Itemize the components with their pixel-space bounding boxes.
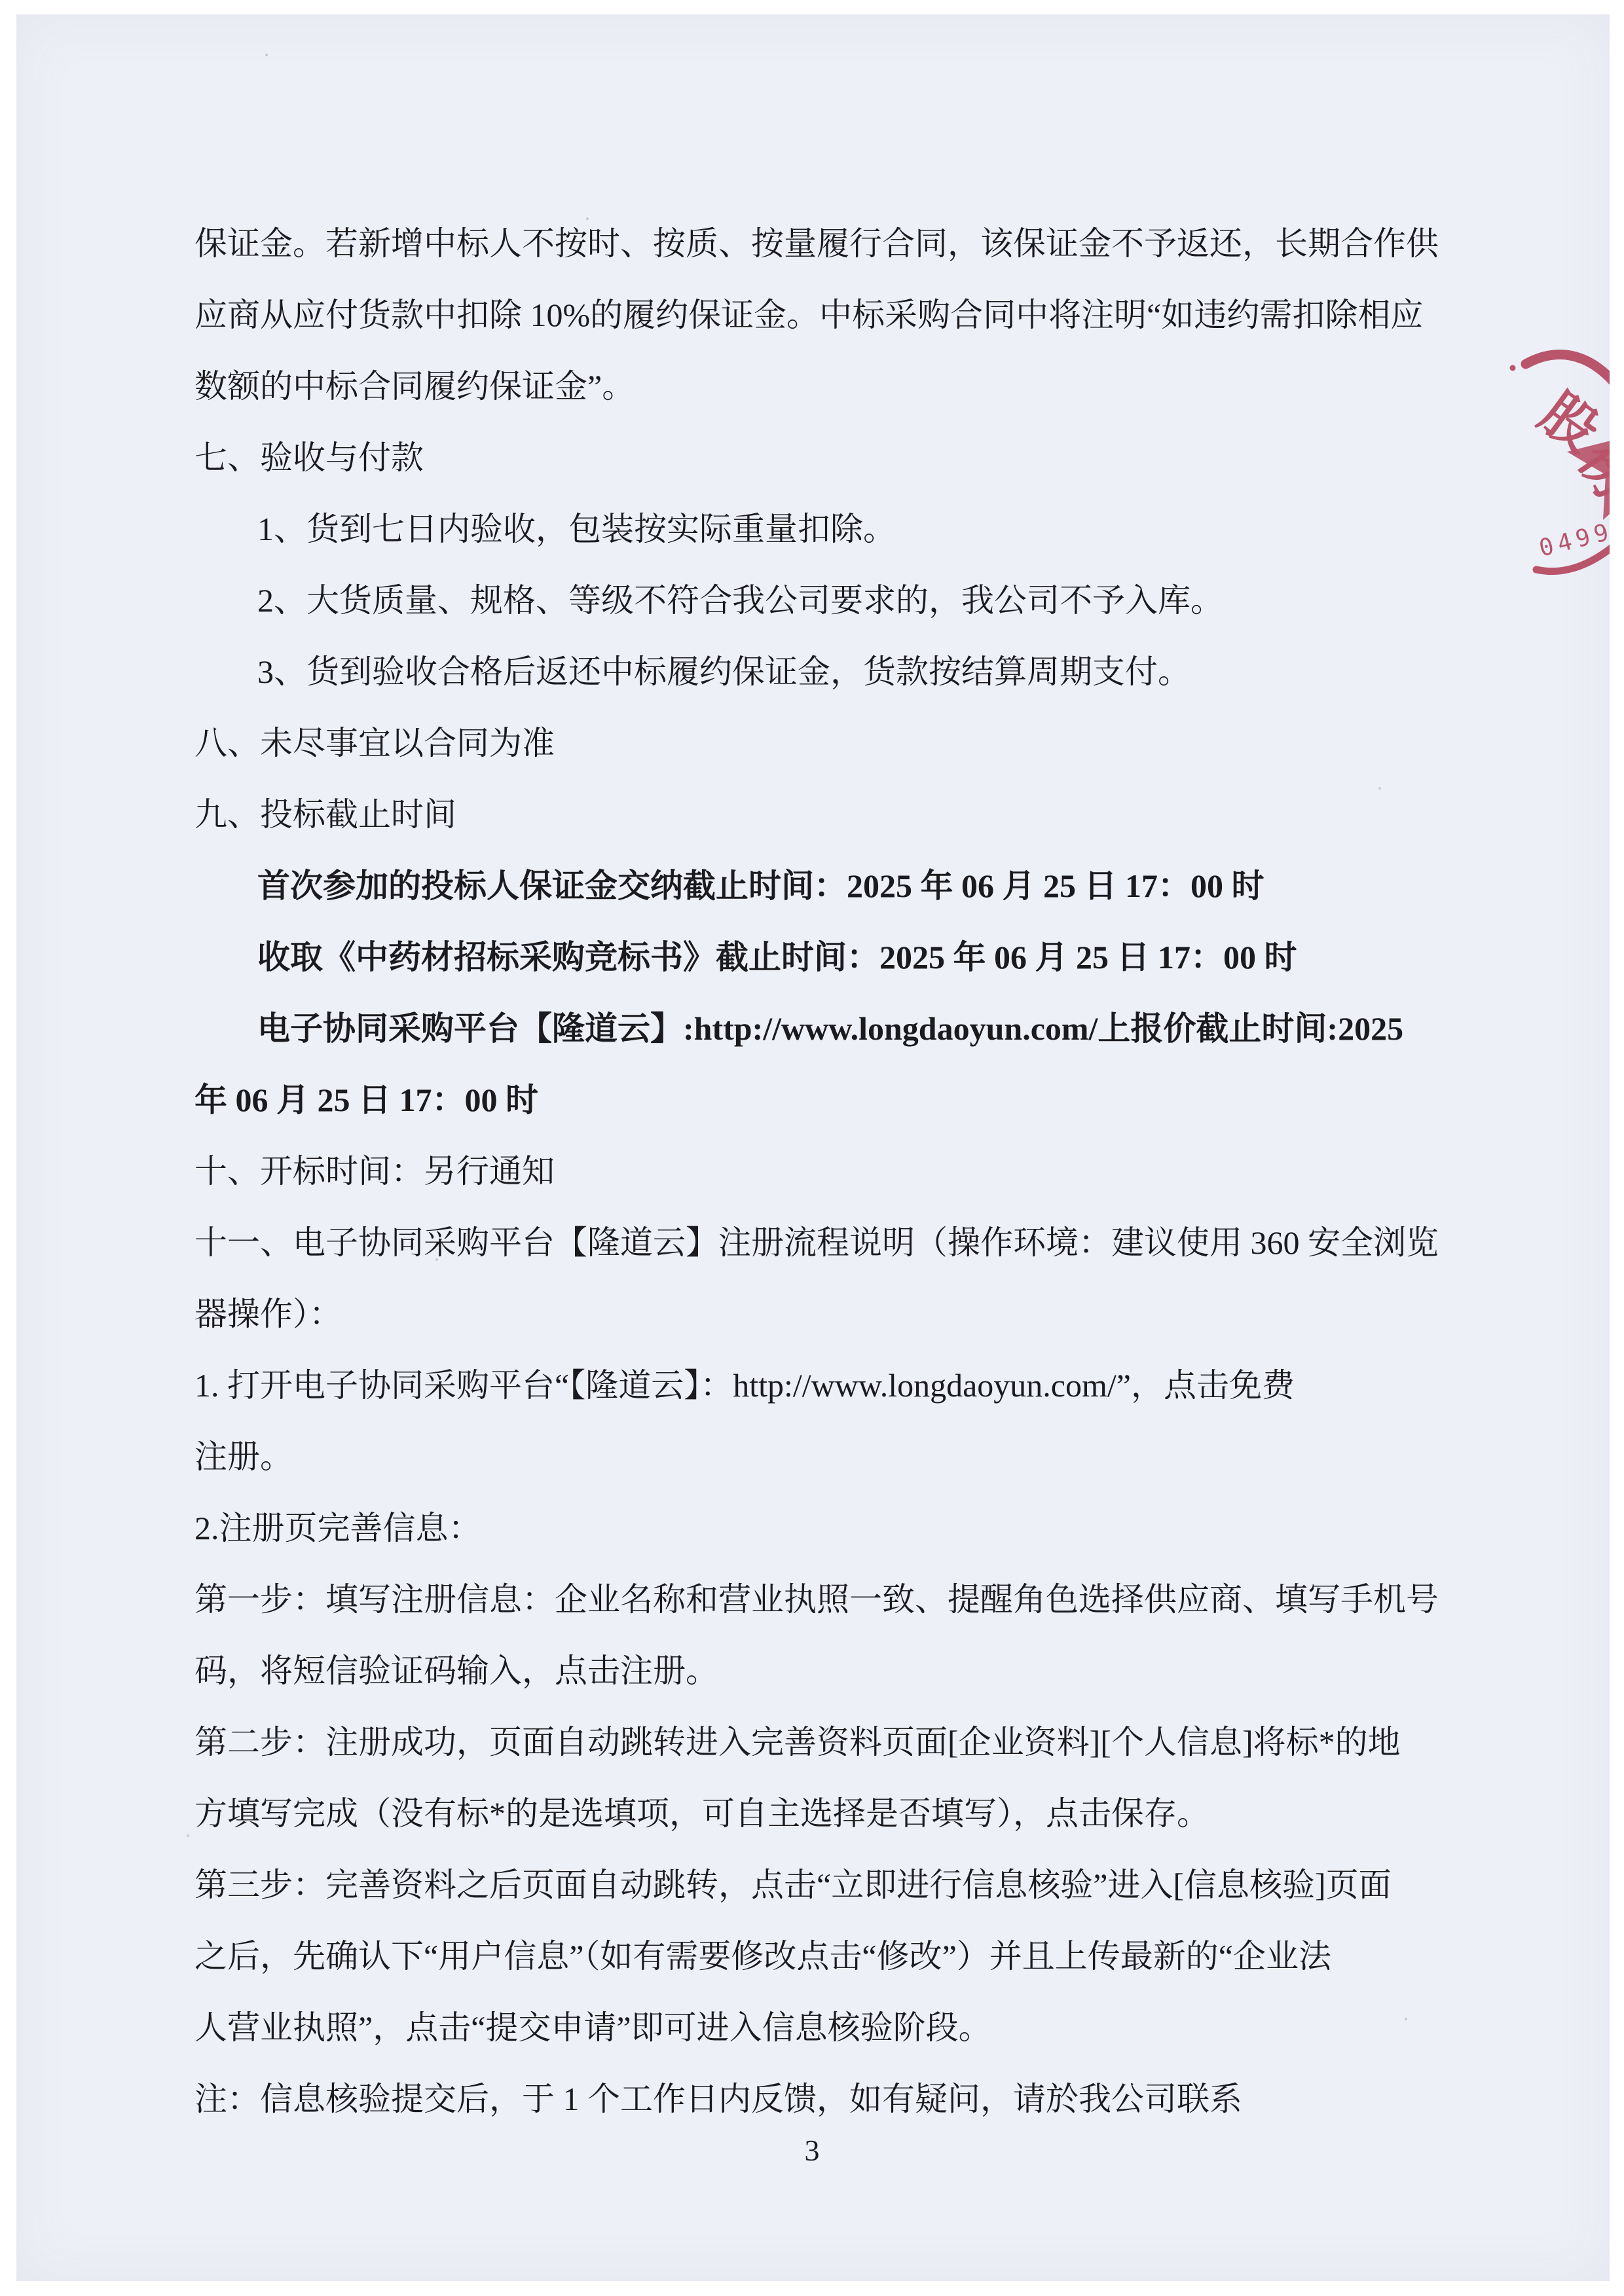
doc-line: 1、货到七日内验收，包装按实际重量扣除。 — [194, 494, 1439, 565]
doc-line: 注册。 — [194, 1421, 1439, 1493]
doc-line: 方填写完成（没有标*的是选填项，可自主选择是否填写），点击保存。 — [194, 1778, 1439, 1850]
doc-line: 1. 打开电子协同采购平台“【隆道云】：http://www.longdaoyu… — [194, 1350, 1439, 1421]
document-body: 保证金。若新增中标人不按时、按质、按量履行合同，该保证金不予返还，长期合作供 应… — [194, 208, 1439, 2135]
doc-line: 2、大货质量、规格、等级不符合我公司要求的，我公司不予入库。 — [194, 565, 1439, 636]
section-heading: 八、未尽事宜以合同为准 — [194, 708, 1439, 779]
section-heading: 七、验收与付款 — [194, 422, 1439, 494]
section-heading: 十、开标时间：另行通知 — [194, 1136, 1439, 1207]
doc-line: 注：信息核验提交后，于 1 个工作日内反馈，如有疑问，请於我公司联系 — [194, 2064, 1439, 2135]
doc-line: 器操作）： — [194, 1279, 1439, 1350]
section-heading: 十一、电子协同采购平台【隆道云】注册流程说明（操作环境：建议使用 360 安全浏… — [194, 1207, 1439, 1279]
deadline-line: 首次参加的投标人保证金交纳截止时间：2025 年 06 月 25 日 17：00… — [194, 850, 1439, 922]
deadline-line: 年 06 月 25 日 17：00 时 — [194, 1065, 1439, 1136]
scan-speck — [187, 1834, 189, 1837]
doc-line: 保证金。若新增中标人不按时、按质、按量履行合同，该保证金不予返还，长期合作供 — [194, 208, 1439, 280]
doc-line: 人营业执照”，点击“提交申请”即可进入信息核验阶段。 — [194, 1992, 1439, 2064]
doc-line: 第三步：完善资料之后页面自动跳转，点击“立即进行信息核验”进入[信息核验]页面 — [194, 1850, 1439, 1921]
doc-line: 2.注册页完善信息： — [194, 1493, 1439, 1564]
deadline-line: 收取《中药材招标采购竞标书》截止时间：2025 年 06 月 25 日 17：0… — [194, 922, 1439, 993]
red-seal-stamp-icon: 股 份 0499 — [1460, 313, 1610, 583]
deadline-line: 电子协同采购平台【隆道云】:http://www.longdaoyun.com/… — [194, 993, 1439, 1065]
doc-line: 第一步：填写注册信息：企业名称和营业执照一致、提醒角色选择供应商、填写手机号 — [194, 1564, 1439, 1635]
doc-line: 第二步：注册成功，页面自动跳转进入完善资料页面[企业资料][个人信息]将标*的地 — [194, 1707, 1439, 1778]
doc-line: 之后，先确认下“用户信息”（如有需要修改点击“修改”）并且上传最新的“企业法 — [194, 1921, 1439, 1992]
scan-speck — [265, 54, 268, 56]
doc-line: 应商从应付货款中扣除 10%的履约保证金。中标采购合同中将注明“如违约需扣除相应 — [194, 280, 1439, 351]
doc-line: 数额的中标合同履约保证金”。 — [194, 351, 1439, 422]
section-heading: 九、投标截止时间 — [194, 779, 1439, 850]
scanned-document-page: { "document": { "lines": [ "保证金。若新增中标人不按… — [0, 0, 1624, 2296]
page-number: 3 — [0, 2133, 1624, 2168]
doc-line: 3、货到验收合格后返还中标履约保证金，货款按结算周期支付。 — [194, 636, 1439, 708]
doc-line: 码，将短信验证码输入，点击注册。 — [194, 1635, 1439, 1707]
